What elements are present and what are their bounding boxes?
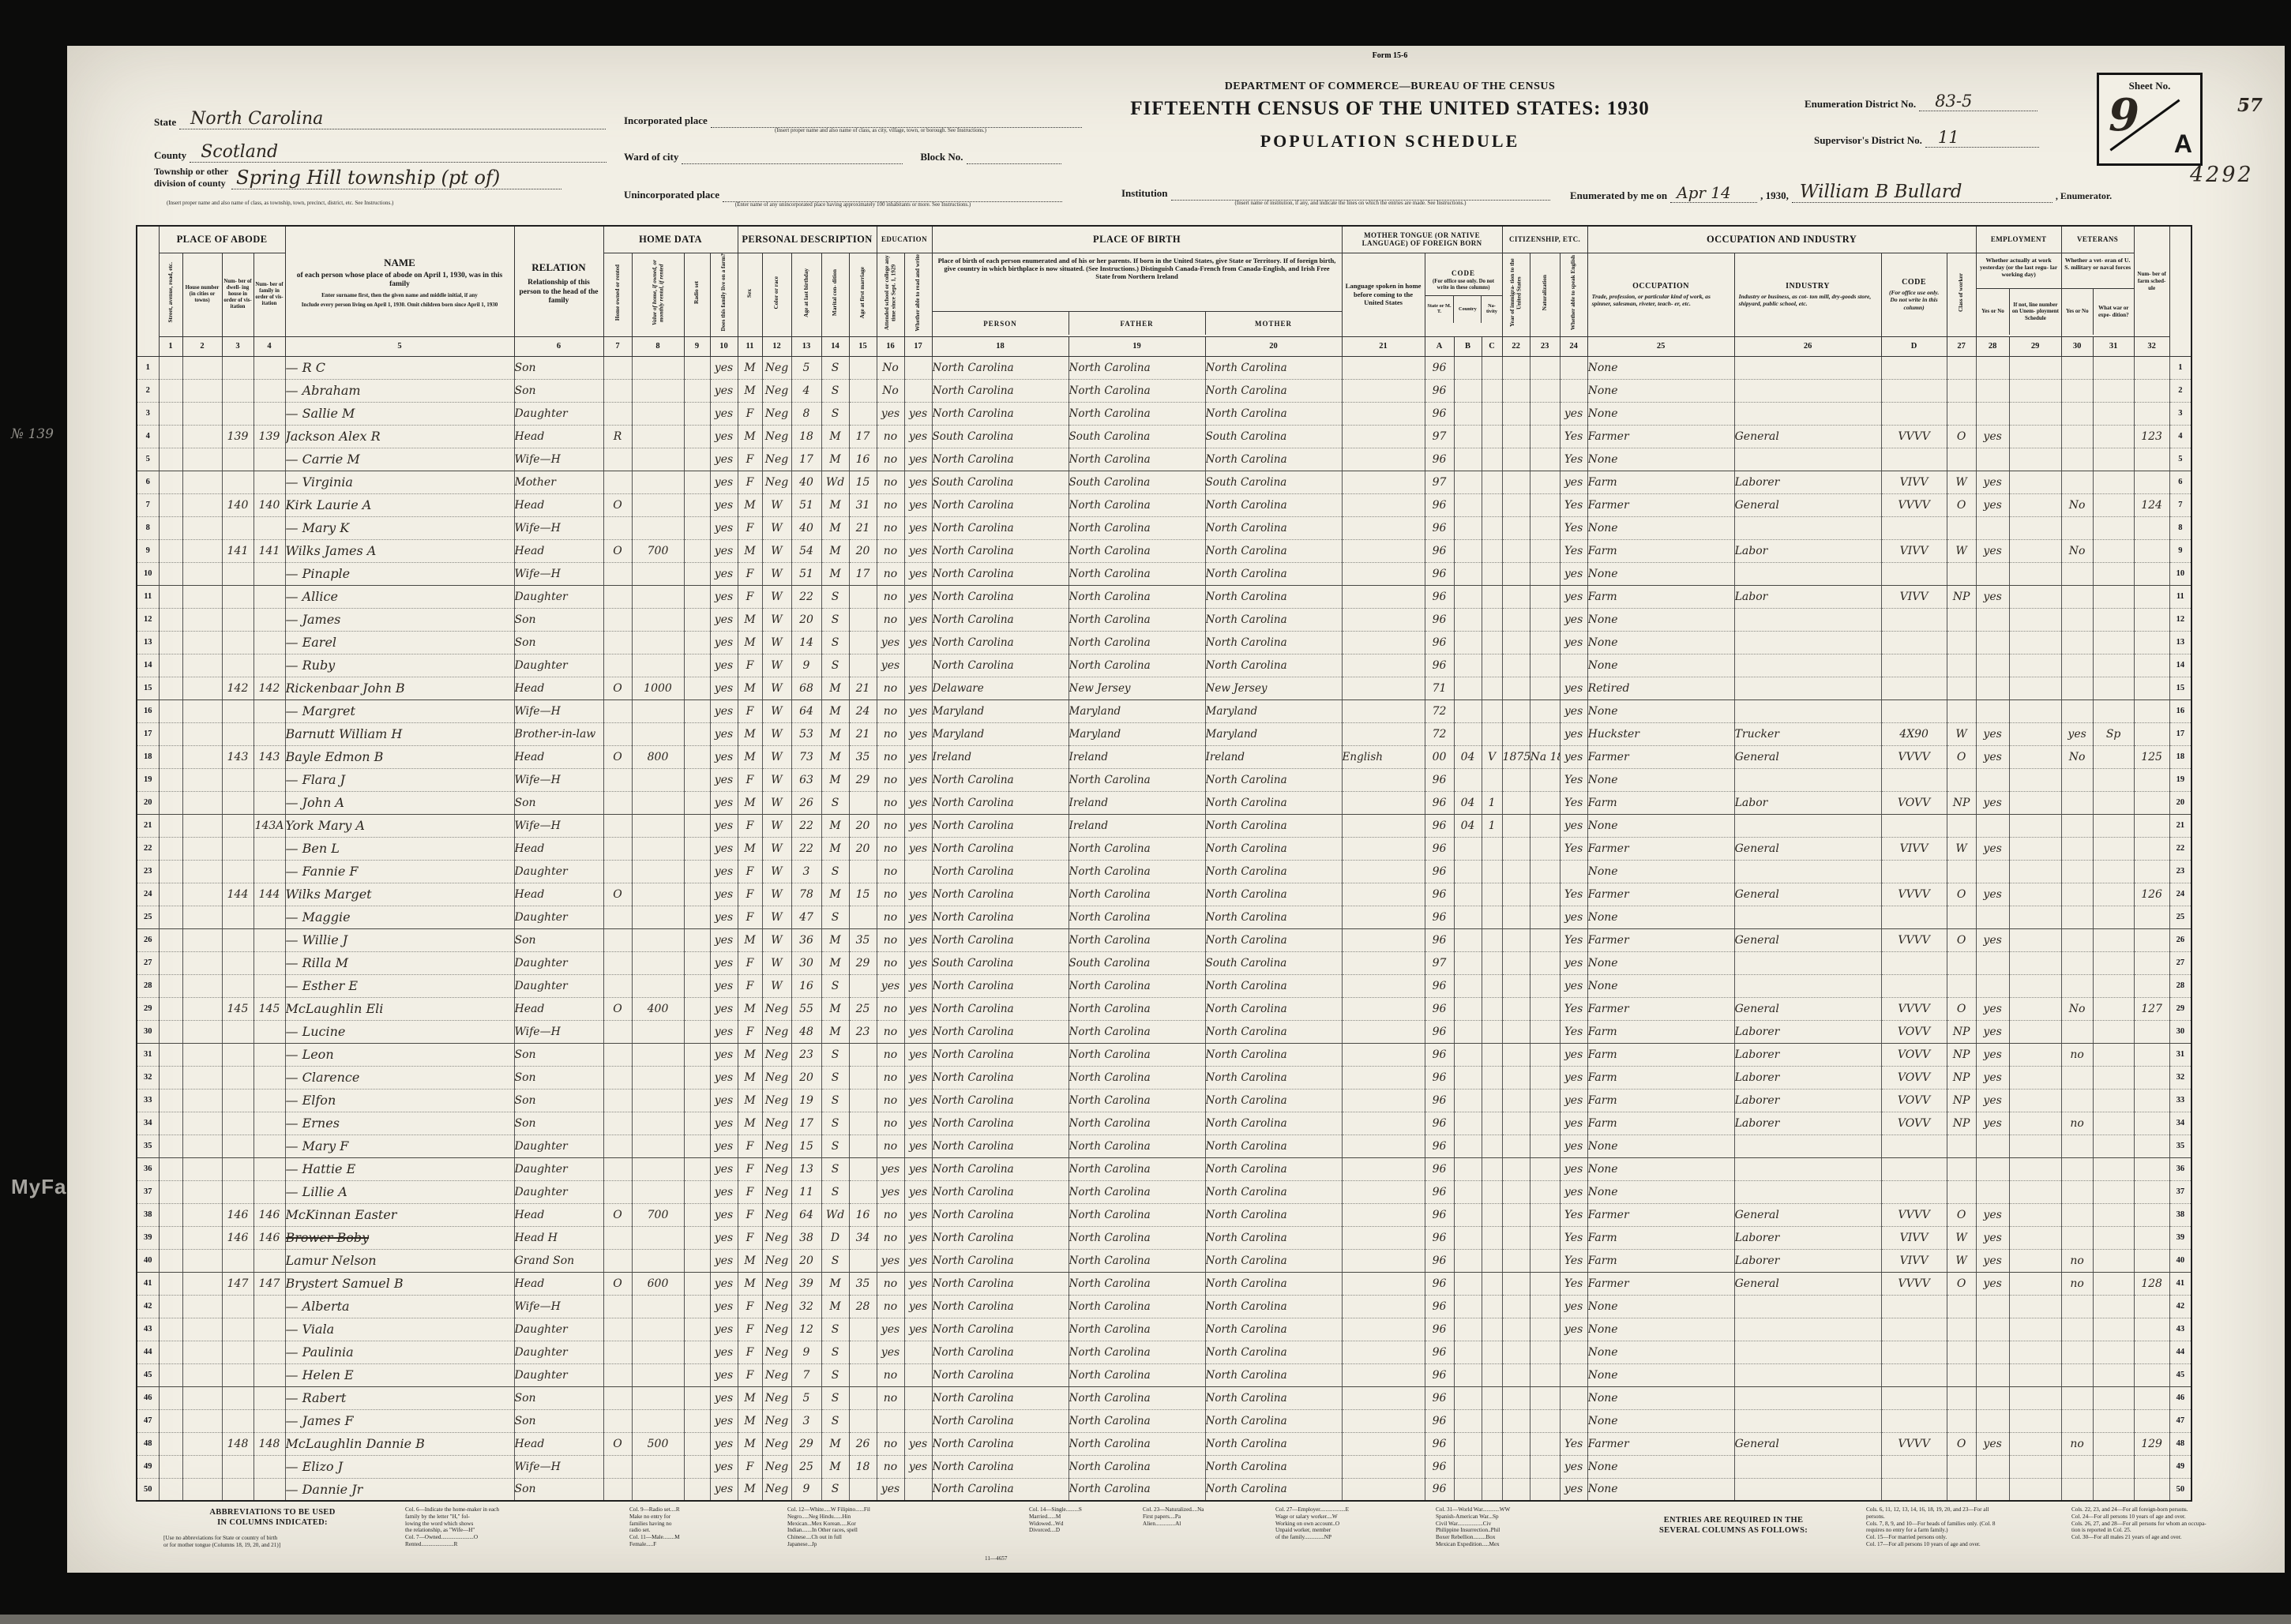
cell-color: W xyxy=(762,974,791,997)
cell-sex: M xyxy=(738,1409,762,1432)
cell-val xyxy=(632,562,684,585)
cell-cls xyxy=(1947,814,1976,837)
cell-bpm: North Carolina xyxy=(1205,791,1342,814)
cell-cc xyxy=(1482,356,1502,379)
race-label: Color or race xyxy=(773,276,779,309)
cell-color: Neg xyxy=(762,1089,791,1112)
cell-house xyxy=(182,562,222,585)
table-row: 6— VirginiaMotheryesFNeg40Wd15noyesSouth… xyxy=(137,471,2191,493)
line-number: 41 xyxy=(137,1272,159,1295)
table-body: 1— R CSonyesMNeg5SNoNorth CarolinaNorth … xyxy=(137,356,2191,1501)
cell-bpm: North Carolina xyxy=(1205,1203,1342,1226)
cell-ca: 96 xyxy=(1425,1066,1454,1089)
cell-agem: 18 xyxy=(849,1455,877,1478)
cell-ind: General xyxy=(1734,837,1881,860)
table-row: 19— Flara JWife—HyesFW63M29noyesNorth Ca… xyxy=(137,768,2191,791)
cell-radio xyxy=(684,631,710,654)
cell-dw xyxy=(222,585,254,608)
line-number: 31 xyxy=(137,1043,159,1066)
cell-sch: no xyxy=(877,471,904,493)
column-number: 3 xyxy=(222,336,254,356)
cell-sex: F xyxy=(738,1226,762,1249)
cell-unemp xyxy=(2009,1043,2061,1066)
cell-age: 63 xyxy=(791,768,821,791)
cell-sex: F xyxy=(738,951,762,974)
cell-bpp: Ireland xyxy=(932,745,1069,768)
cell-cls: O xyxy=(1947,425,1976,448)
cell-ind xyxy=(1734,1318,1881,1341)
cell-ind: Labor xyxy=(1734,539,1881,562)
cell-age: 23 xyxy=(791,1043,821,1066)
cell-war xyxy=(2093,356,2134,379)
cell-dw xyxy=(222,1135,254,1157)
cell-ind xyxy=(1734,448,1881,471)
cell-val xyxy=(632,1020,684,1043)
cell-agem: 21 xyxy=(849,677,877,699)
cell-cc xyxy=(1482,1226,1502,1249)
census-sheet: Form 15-6 DEPARTMENT OF COMMERCE—BUREAU … xyxy=(67,46,2285,1573)
cell-ca: 97 xyxy=(1425,471,1454,493)
cell-nat xyxy=(1530,356,1560,379)
cell-age: 26 xyxy=(791,791,821,814)
cell-read: yes xyxy=(904,1455,932,1478)
cell-name: — Ernes xyxy=(285,1112,514,1135)
cell-vet: no xyxy=(2061,1272,2093,1295)
cell-sch: no xyxy=(877,562,904,585)
cell-nat xyxy=(1530,1295,1560,1318)
cell-st xyxy=(159,356,182,379)
cell-house xyxy=(182,1409,222,1432)
cell-cc xyxy=(1482,562,1502,585)
cell-lang xyxy=(1342,402,1425,425)
cell-fs xyxy=(2134,1455,2169,1478)
cell-farm: yes xyxy=(710,1226,738,1249)
cell-cd: VOVV xyxy=(1881,1043,1947,1066)
line-number: 11 xyxy=(137,585,159,608)
cell-dw xyxy=(222,791,254,814)
cell-imm xyxy=(1502,1295,1530,1318)
cell-cls: O xyxy=(1947,1203,1976,1226)
cell-house xyxy=(182,654,222,677)
cell-name: — Willie J xyxy=(285,928,514,951)
cell-lang xyxy=(1342,493,1425,516)
table-row: 21143AYork Mary AWife—HyesFW22M20noyesNo… xyxy=(137,814,2191,837)
next-page-sliver xyxy=(0,1615,2291,1624)
cell-fs xyxy=(2134,448,2169,471)
cell-read: yes xyxy=(904,791,932,814)
cell-val xyxy=(632,837,684,860)
cell-cb xyxy=(1454,493,1482,516)
cell-bpf: New Jersey xyxy=(1069,677,1205,699)
line-number: 28 xyxy=(137,974,159,997)
cell-sex: F xyxy=(738,516,762,539)
column-number: 25 xyxy=(1587,336,1734,356)
cell-occ: Farm xyxy=(1587,1020,1734,1043)
line-number: 5 xyxy=(137,448,159,471)
note-col27-class: Col. 27—Employer..................E Wage… xyxy=(1275,1506,1429,1541)
cell-house xyxy=(182,356,222,379)
cell-read: yes xyxy=(904,1043,932,1066)
cell-cls: W xyxy=(1947,539,1976,562)
cell-name: — Maggie xyxy=(285,906,514,928)
cell-sex: M xyxy=(738,608,762,631)
cell-fs xyxy=(2134,928,2169,951)
cell-cd xyxy=(1881,1295,1947,1318)
table-row: 11— AlliceDaughteryesFW22SnoyesNorth Car… xyxy=(137,585,2191,608)
table-row: 42— AlbertaWife—HyesFNeg32M28noyesNorth … xyxy=(137,1295,2191,1318)
cell-war xyxy=(2093,562,2134,585)
cell-ca: 96 xyxy=(1425,1272,1454,1295)
cell-ind: General xyxy=(1734,745,1881,768)
cell-sex: F xyxy=(738,654,762,677)
cell-ind xyxy=(1734,768,1881,791)
cell-read: yes xyxy=(904,677,932,699)
cell-occ: None xyxy=(1587,1386,1734,1409)
cell-mar: M xyxy=(821,448,849,471)
cell-work: yes xyxy=(1976,997,2009,1020)
cell-vet xyxy=(2061,448,2093,471)
column-number: 27 xyxy=(1947,336,1976,356)
cell-rel: Wife—H xyxy=(514,768,603,791)
line-number: 36 xyxy=(2169,1157,2191,1180)
cell-bpm: North Carolina xyxy=(1205,1043,1342,1066)
cell-st xyxy=(159,1341,182,1363)
cell-rel: Daughter xyxy=(514,585,603,608)
cell-dw xyxy=(222,562,254,585)
cell-age: 18 xyxy=(791,425,821,448)
cell-sex: F xyxy=(738,883,762,906)
cell-cb xyxy=(1454,1089,1482,1112)
cell-fam xyxy=(254,1135,285,1157)
cell-house xyxy=(182,1386,222,1409)
cell-nat xyxy=(1530,1203,1560,1226)
cell-name: — Mary F xyxy=(285,1135,514,1157)
cell-rel: Head xyxy=(514,493,603,516)
line-number: 16 xyxy=(137,699,159,722)
cell-nat xyxy=(1530,631,1560,654)
cell-color: Neg xyxy=(762,1386,791,1409)
cell-ca: 96 xyxy=(1425,631,1454,654)
cell-name: — John A xyxy=(285,791,514,814)
column-number: 11 xyxy=(738,336,762,356)
cell-own xyxy=(603,1135,632,1157)
cell-nat xyxy=(1530,562,1560,585)
cell-val xyxy=(632,585,684,608)
cell-read xyxy=(904,860,932,883)
cell-ca: 96 xyxy=(1425,1203,1454,1226)
cell-nat xyxy=(1530,1318,1560,1341)
cell-fs: 126 xyxy=(2134,883,2169,906)
cell-age: 20 xyxy=(791,608,821,631)
cell-agem xyxy=(849,1180,877,1203)
line-number: 26 xyxy=(2169,928,2191,951)
cell-cls xyxy=(1947,1318,1976,1341)
cell-lang xyxy=(1342,1020,1425,1043)
cell-name: Rickenbaar John B xyxy=(285,677,514,699)
cell-sex: F xyxy=(738,974,762,997)
cell-ca: 72 xyxy=(1425,699,1454,722)
cell-cd: VIVV xyxy=(1881,1249,1947,1272)
cell-dw xyxy=(222,1089,254,1112)
cell-color: Neg xyxy=(762,425,791,448)
cell-agem xyxy=(849,906,877,928)
cell-bpf: North Carolina xyxy=(1069,837,1205,860)
cell-fam xyxy=(254,471,285,493)
cell-age: 64 xyxy=(791,1203,821,1226)
col-read-write: Whether able to read and write xyxy=(904,253,932,336)
cell-cd: VVVV xyxy=(1881,493,1947,516)
cell-ind xyxy=(1734,654,1881,677)
line-number: 40 xyxy=(137,1249,159,1272)
cell-st xyxy=(159,448,182,471)
cell-imm xyxy=(1502,814,1530,837)
cell-age: 12 xyxy=(791,1318,821,1341)
cell-read: yes xyxy=(904,1272,932,1295)
cell-house xyxy=(182,608,222,631)
cell-own xyxy=(603,1180,632,1203)
cell-unemp xyxy=(2009,1112,2061,1135)
cell-val xyxy=(632,1089,684,1112)
cell-read: yes xyxy=(904,585,932,608)
line-number: 12 xyxy=(137,608,159,631)
cell-farm: yes xyxy=(710,471,738,493)
cell-agem xyxy=(849,1112,877,1135)
cell-fam: 143 xyxy=(254,745,285,768)
cell-ind xyxy=(1734,1363,1881,1386)
cell-cls xyxy=(1947,654,1976,677)
cell-farm: yes xyxy=(710,745,738,768)
cell-bpm: North Carolina xyxy=(1205,1020,1342,1043)
cell-lang xyxy=(1342,883,1425,906)
cell-own: O xyxy=(603,1203,632,1226)
cell-cb xyxy=(1454,837,1482,860)
cell-radio xyxy=(684,1089,710,1112)
cell-farm: yes xyxy=(710,562,738,585)
cell-st xyxy=(159,860,182,883)
cell-bpm: North Carolina xyxy=(1205,448,1342,471)
cell-ind xyxy=(1734,562,1881,585)
cell-rel: Wife—H xyxy=(514,562,603,585)
cell-age: 55 xyxy=(791,997,821,1020)
cell-radio xyxy=(684,402,710,425)
cell-farm: yes xyxy=(710,448,738,471)
cell-cc xyxy=(1482,722,1502,745)
cell-war xyxy=(2093,699,2134,722)
cell-bpp: Delaware xyxy=(932,677,1069,699)
cell-farm: yes xyxy=(710,1112,738,1135)
cell-sch: no xyxy=(877,1020,904,1043)
cell-val xyxy=(632,974,684,997)
cell-bpm: North Carolina xyxy=(1205,1135,1342,1157)
line-number: 10 xyxy=(137,562,159,585)
cell-lang xyxy=(1342,471,1425,493)
cell-bpm: North Carolina xyxy=(1205,906,1342,928)
cell-fam xyxy=(254,654,285,677)
line-number: 42 xyxy=(137,1295,159,1318)
cell-ca: 96 xyxy=(1425,883,1454,906)
cell-val xyxy=(632,516,684,539)
cell-agem: 20 xyxy=(849,539,877,562)
cell-bpm: North Carolina xyxy=(1205,1112,1342,1135)
cell-st xyxy=(159,1363,182,1386)
table-row: 27— Rilla MDaughteryesFW30M29noyesSouth … xyxy=(137,951,2191,974)
cell-house xyxy=(182,585,222,608)
line-number: 9 xyxy=(137,539,159,562)
cell-nat xyxy=(1530,768,1560,791)
cell-war xyxy=(2093,745,2134,768)
cell-occ: None xyxy=(1587,814,1734,837)
occupation-code-title: CODE xyxy=(1882,278,1947,287)
cell-rel: Brother-in-law xyxy=(514,722,603,745)
cell-sch: no xyxy=(877,837,904,860)
cell-cc xyxy=(1482,379,1502,402)
cell-val: 600 xyxy=(632,1272,684,1295)
cell-house xyxy=(182,951,222,974)
line-number: 32 xyxy=(137,1066,159,1089)
cell-dw xyxy=(222,1455,254,1478)
cell-agem xyxy=(849,585,877,608)
cell-unemp xyxy=(2009,402,2061,425)
cell-age: 9 xyxy=(791,1478,821,1501)
cell-lang xyxy=(1342,1112,1425,1135)
cell-name: — Margret xyxy=(285,699,514,722)
cell-farm: yes xyxy=(710,974,738,997)
cell-ind xyxy=(1734,631,1881,654)
cell-agem xyxy=(849,608,877,631)
cell-fs: 123 xyxy=(2134,425,2169,448)
cell-work xyxy=(1976,768,2009,791)
cell-farm: yes xyxy=(710,1043,738,1066)
cell-work xyxy=(1976,562,2009,585)
ward-label: Ward of city xyxy=(624,151,678,163)
cell-bpm: North Carolina xyxy=(1205,1363,1342,1386)
cell-bpf: North Carolina xyxy=(1069,1180,1205,1203)
cell-fam: 146 xyxy=(254,1203,285,1226)
cell-sch: yes xyxy=(877,631,904,654)
cell-sex: F xyxy=(738,906,762,928)
cell-rel: Son xyxy=(514,1478,603,1501)
cell-val xyxy=(632,608,684,631)
cell-age: 30 xyxy=(791,951,821,974)
cell-age: 78 xyxy=(791,883,821,906)
cell-house xyxy=(182,539,222,562)
cell-eng: Yes xyxy=(1560,1020,1587,1043)
cell-st xyxy=(159,791,182,814)
cell-fam xyxy=(254,860,285,883)
institution-note: (Insert name of institution, if any, and… xyxy=(1129,201,1572,207)
cell-ind xyxy=(1734,974,1881,997)
cell-cls xyxy=(1947,562,1976,585)
cell-mar: S xyxy=(821,1341,849,1363)
cell-occ: None xyxy=(1587,608,1734,631)
cell-unemp xyxy=(2009,608,2061,631)
cell-val xyxy=(632,1386,684,1409)
cell-ind xyxy=(1734,1386,1881,1409)
cell-mar: M xyxy=(821,562,849,585)
column-number: A xyxy=(1425,336,1454,356)
cell-color: Neg xyxy=(762,1409,791,1432)
cell-sch: no xyxy=(877,722,904,745)
cell-cb xyxy=(1454,1157,1482,1180)
supervisor-district-value: 11 xyxy=(1938,128,1959,147)
cell-bpm: South Carolina xyxy=(1205,471,1342,493)
cell-lang: English xyxy=(1342,745,1425,768)
cell-val xyxy=(632,1135,684,1157)
cell-bpf: North Carolina xyxy=(1069,654,1205,677)
line-number: 42 xyxy=(2169,1295,2191,1318)
cell-dw xyxy=(222,516,254,539)
cell-cd xyxy=(1881,1455,1947,1478)
cell-lang xyxy=(1342,1203,1425,1226)
industry-title: INDUSTRY xyxy=(1735,282,1881,291)
cell-sch: no xyxy=(877,1226,904,1249)
cell-color: W xyxy=(762,860,791,883)
cell-fam: 142 xyxy=(254,677,285,699)
cell-cb xyxy=(1454,1318,1482,1341)
group-employment: EMPLOYMENT xyxy=(1976,226,2061,253)
table-row: 35— Mary FDaughteryesFNeg15SnoyesNorth C… xyxy=(137,1135,2191,1157)
cell-eng: yes xyxy=(1560,906,1587,928)
cell-bpp: North Carolina xyxy=(932,837,1069,860)
farm-label: Does this family live on a farm? xyxy=(720,253,727,332)
cell-work: yes xyxy=(1976,585,2009,608)
enumeration-year: , 1930, xyxy=(1760,189,1789,201)
cell-sex: M xyxy=(738,677,762,699)
cell-ind: General xyxy=(1734,493,1881,516)
cell-cc xyxy=(1482,654,1502,677)
column-number: 30 xyxy=(2061,336,2093,356)
cell-rel: Wife—H xyxy=(514,448,603,471)
cell-sch: no xyxy=(877,425,904,448)
cell-bpp: North Carolina xyxy=(932,1249,1069,1272)
read-write-label: Whether able to read and write xyxy=(915,254,921,332)
cell-bpp: North Carolina xyxy=(932,539,1069,562)
cell-rel: Daughter xyxy=(514,1363,603,1386)
cell-bpm: North Carolina xyxy=(1205,1341,1342,1363)
cell-sex: M xyxy=(738,1043,762,1066)
cell-war xyxy=(2093,1295,2134,1318)
cell-read: yes xyxy=(904,1432,932,1455)
cell-cd xyxy=(1881,562,1947,585)
cell-ind: Laborer xyxy=(1734,1112,1881,1135)
cell-bpp: North Carolina xyxy=(932,516,1069,539)
cell-unemp xyxy=(2009,562,2061,585)
cell-nat xyxy=(1530,837,1560,860)
cell-fs xyxy=(2134,379,2169,402)
cell-house xyxy=(182,1180,222,1203)
cell-fs xyxy=(2134,814,2169,837)
cell-name: — R C xyxy=(285,356,514,379)
cell-farm: yes xyxy=(710,1363,738,1386)
cell-bpf: Ireland xyxy=(1069,745,1205,768)
cell-dw xyxy=(222,356,254,379)
cell-rel: Wife—H xyxy=(514,1295,603,1318)
cell-cls xyxy=(1947,1135,1976,1157)
line-number: 22 xyxy=(2169,837,2191,860)
cell-agem: 15 xyxy=(849,471,877,493)
cell-bpm: North Carolina xyxy=(1205,974,1342,997)
cell-occ: Farmer xyxy=(1587,493,1734,516)
table-row: 25— MaggieDaughteryesFW47SnoyesNorth Car… xyxy=(137,906,2191,928)
col-family-number: Num- ber of family in order of vis- itat… xyxy=(254,253,285,336)
line-number: 46 xyxy=(137,1386,159,1409)
cell-bpf: North Carolina xyxy=(1069,1089,1205,1112)
cell-name: — Fannie F xyxy=(285,860,514,883)
cell-bpp: North Carolina xyxy=(932,585,1069,608)
cell-cd: VIVV xyxy=(1881,837,1947,860)
cell-agem xyxy=(849,402,877,425)
cell-radio xyxy=(684,356,710,379)
